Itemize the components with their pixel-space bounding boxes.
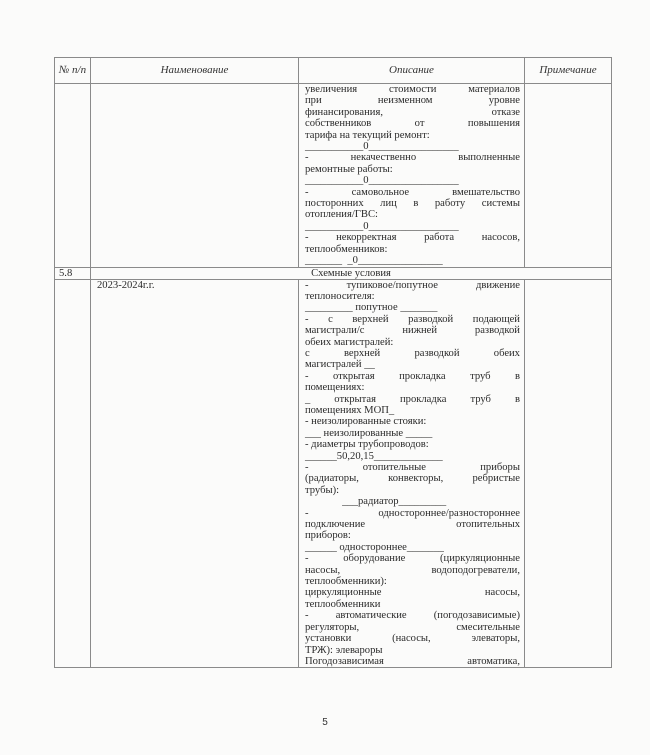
- section-row: 5.8 Схемные условия: [55, 267, 612, 279]
- description-line: увеличениястоимостиматериалов: [305, 84, 520, 95]
- description-line: -оборудование(циркуляционные: [305, 553, 520, 564]
- description-line: циркуляционныенасосы,: [305, 587, 520, 598]
- description-line: постороннихлицвработусистемы: [305, 198, 520, 209]
- description-line: помещениях МОП_: [305, 405, 520, 416]
- description-line: ______ одностороннее_______: [305, 542, 520, 553]
- description-line: магистрали/снижнейразводкой: [305, 325, 520, 336]
- description-line: помещениях:: [305, 382, 520, 393]
- description-line: -отопительныеприборы: [305, 462, 520, 473]
- description-line: подключениеотопительных: [305, 519, 520, 530]
- description-line: - диаметры трубопроводов:: [305, 439, 520, 450]
- table-header-row: № п/п Наименование Описание Примечание: [55, 58, 612, 84]
- description-line: обеих магистралей:: [305, 337, 520, 348]
- page-number: 5: [0, 717, 650, 728]
- description-line: теплообменников:: [305, 244, 520, 255]
- description-line: -самовольноевмешательство: [305, 187, 520, 198]
- description-line: ремонтные работы:: [305, 164, 520, 175]
- description-line: теплообменники):: [305, 576, 520, 587]
- heating-system-table: № п/п Наименование Описание Примечание у…: [54, 57, 612, 668]
- description-line: ___________0_________________: [305, 175, 520, 186]
- description-line: -некорректнаяработанасосов,: [305, 232, 520, 243]
- row-number: [55, 84, 91, 268]
- table-row: увеличениястоимостиматериаловпринеизменн…: [55, 84, 612, 268]
- description-line: -тупиковое/попутноедвижение: [305, 280, 520, 291]
- description-line: финансирования,отказе: [305, 107, 520, 118]
- row-note: [525, 84, 612, 268]
- description-line: Погодозависимаяавтоматика,: [305, 656, 520, 667]
- description-line: сверхнейразводкойобеих: [305, 348, 520, 359]
- description-line: теплообменники: [305, 599, 520, 610]
- header-description: Описание: [299, 58, 525, 84]
- description-line: ___________0_________________: [305, 221, 520, 232]
- row-name: 2023-2024г.г.: [91, 279, 299, 668]
- description-line: _______ _0________________: [305, 255, 520, 266]
- header-number: № п/п: [55, 58, 91, 84]
- row-number: [55, 279, 91, 668]
- description-line: ___ неизолированные _____: [305, 428, 520, 439]
- description-line: -сверхнейразводкойподающей: [305, 314, 520, 325]
- description-line: собственниковотповышения: [305, 118, 520, 129]
- row-note: [525, 279, 612, 668]
- section-title: Схемные условия: [91, 267, 612, 279]
- header-note: Примечание: [525, 58, 612, 84]
- description-line: ______50,20,15_____________: [305, 451, 520, 462]
- description-line: принеизменномуровне: [305, 95, 520, 106]
- table-row: 2023-2024г.г. -тупиковое/попутноедвижени…: [55, 279, 612, 668]
- description-line: приборов:: [305, 530, 520, 541]
- description-line: магистралей __: [305, 359, 520, 370]
- description-line: ТРЖ): элевароры: [305, 645, 520, 656]
- section-number: 5.8: [55, 267, 91, 279]
- description-line: теплоносителя:: [305, 291, 520, 302]
- description-line: ___радиатор_________: [305, 496, 520, 507]
- description-line: _________ попутное _______: [305, 302, 520, 313]
- description-line: -открытаяпрокладкатрубв: [305, 371, 520, 382]
- description-line: -автоматические(погодозависимые): [305, 610, 520, 621]
- description-line: отопления/ГВС:: [305, 209, 520, 220]
- description-line: регуляторы,смесительные: [305, 622, 520, 633]
- description-line: тарифа на текущий ремонт:: [305, 130, 520, 141]
- row-description: -тупиковое/попутноедвижениетеплоносителя…: [299, 279, 525, 668]
- description-line: - неизолированные стояки:: [305, 416, 520, 427]
- description-line: -одностороннее/разностороннее: [305, 508, 520, 519]
- description-line: _открытаяпрокладкатрубв: [305, 394, 520, 405]
- description-line: насосы,водоподогреватели,: [305, 565, 520, 576]
- description-line: трубы):: [305, 485, 520, 496]
- description-line: -некачественновыполненные: [305, 152, 520, 163]
- description-line: (радиаторы,конвекторы,ребристые: [305, 473, 520, 484]
- description-line: ___________0_________________: [305, 141, 520, 152]
- row-name: [91, 84, 299, 268]
- header-name: Наименование: [91, 58, 299, 84]
- row-description: увеличениястоимостиматериаловпринеизменн…: [299, 84, 525, 268]
- description-line: установки(насосы,элеваторы,: [305, 633, 520, 644]
